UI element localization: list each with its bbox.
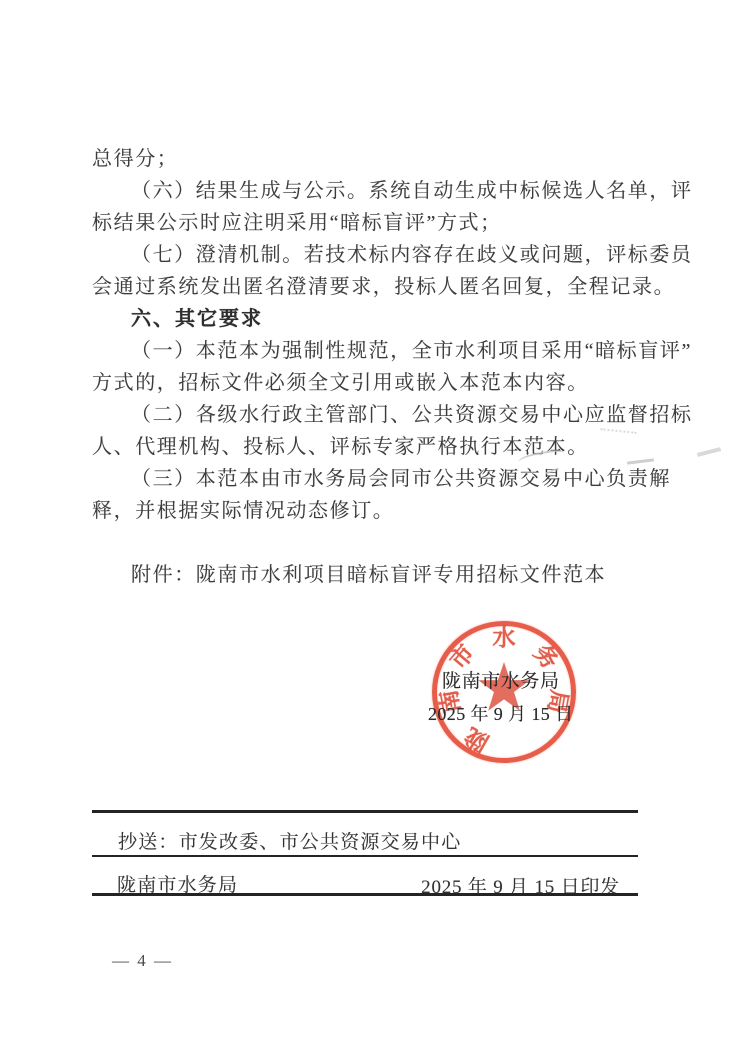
seal-issuer-text: 陇南市水务局 <box>442 666 560 693</box>
body-line: （六）结果生成与公示。系统自动生成中标候选人名单，评 <box>92 179 735 203</box>
section-heading: 六、其它要求 <box>92 307 735 331</box>
footer-rule-middle <box>92 855 638 857</box>
body-line: （二）各级水行政主管部门、公共资源交易中心应监督招标 <box>92 403 735 427</box>
issue-row: 陇南市水务局 2025 年 9 月 15 日印发 <box>92 870 638 894</box>
body-line: 标结果公示时应注明采用“暗标盲评”方式； <box>92 211 722 235</box>
body-line: （一）本范本为强制性规范，全市水利项目采用“暗标盲评” <box>92 339 735 363</box>
document-page: 总得分；（六）结果生成与公示。系统自动生成中标候选人名单，评标结果公示时应注明采… <box>0 0 735 1042</box>
body-line: 会通过系统发出匿名澄清要求，投标人匿名回复，全程记录。 <box>92 275 722 299</box>
seal-date-text: 2025 年 9 月 15 日 <box>428 700 574 726</box>
body-line: （三）本范本由市水务局会同市公共资源交易中心负责解 <box>92 467 735 491</box>
body-line: 方式的，招标文件必须全文引用或嵌入本范本内容。 <box>92 371 722 395</box>
cc-label: 抄送： <box>118 832 179 853</box>
body-line: 附件：陇南市水利项目暗标盲评专用招标文件范本 <box>92 563 735 587</box>
seal-ring-char: 水 <box>491 625 517 651</box>
body-line: 释，并根据实际情况动态修订。 <box>92 499 722 523</box>
body-line: 总得分； <box>92 147 722 171</box>
footer-rule-bottom <box>92 893 638 896</box>
cc-value: 市发改委、市公共资源交易中心 <box>179 832 462 853</box>
body-line: 人、代理机构、投标人、评标专家严格执行本范本。 <box>92 435 722 459</box>
footer-rule-top <box>92 810 638 813</box>
scan-smudge <box>627 458 654 464</box>
cc-row: 抄送：市发改委、市公共资源交易中心 <box>118 827 461 854</box>
body-line: （七）澄清机制。若技术标内容存在歧义或问题，评标委员 <box>92 243 735 267</box>
page-number: — 4 — <box>112 951 173 971</box>
